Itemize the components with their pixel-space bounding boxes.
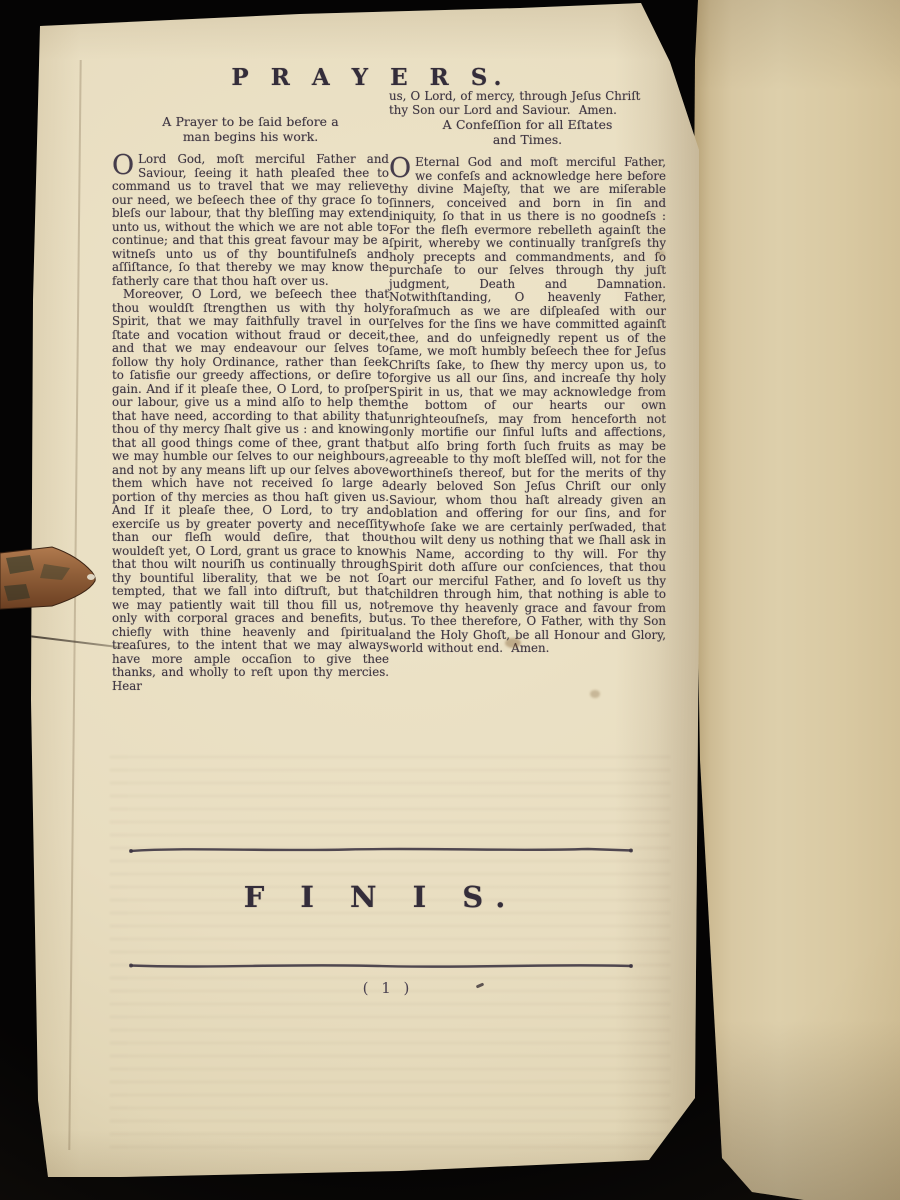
paragraph-text: Eternal God and moſt merciful Father, we… (389, 155, 666, 655)
horizontal-rule-top (128, 840, 634, 850)
page-number: ( 1 ) (138, 979, 638, 997)
continuation-text: us, O Lord, of mercy, through Jeſus Chri… (389, 90, 666, 117)
prayer-paragraph: OLord God, moſt merciful Father and Savi… (112, 153, 389, 288)
prayer-paragraph: Moreover, O Lord, we beſeech thee that t… (112, 288, 389, 693)
stain-spot (590, 690, 600, 698)
paragraph-text: Lord God, moſt merciful Father and Savio… (112, 152, 389, 288)
page-title: P R A Y E R S. (120, 64, 620, 91)
left-column: A Prayer to be ſaid before a man begins … (112, 114, 389, 693)
left-column-heading: A Prayer to be ſaid before a man begins … (112, 114, 389, 144)
drop-cap: O (389, 156, 415, 180)
confession-paragraph: OEternal God and moſt merciful Father, w… (389, 156, 666, 656)
stain-spot (505, 638, 521, 648)
right-column-heading: A Confeſſion for all Eſtates and Times. (389, 117, 666, 147)
facing-page (684, 0, 900, 1200)
horizontal-rule-bottom (128, 956, 634, 966)
stain-spot (656, 250, 665, 257)
finis-text: F I N I S. (128, 880, 634, 914)
book-clasp-icon (0, 546, 102, 612)
right-column: us, O Lord, of mercy, through Jeſus Chri… (389, 90, 666, 656)
paragraph-text: Moreover, O Lord, we beſeech thee that t… (112, 287, 389, 693)
drop-cap: O (112, 153, 138, 177)
